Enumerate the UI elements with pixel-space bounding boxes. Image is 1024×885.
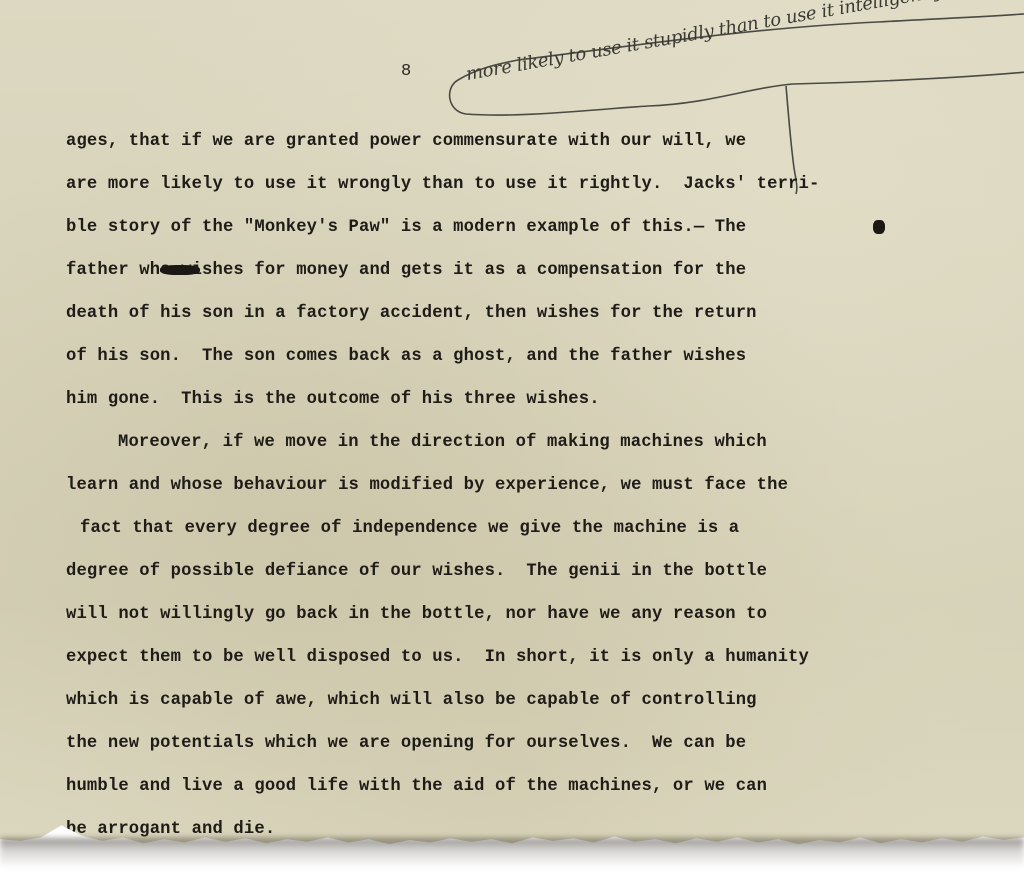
text-line: are more likely to use it wrongly than t… [66,171,819,214]
text-line: ages, that if we are granted power comme… [66,128,819,171]
ink-strikeout-mark [160,265,200,275]
torn-edge-shadow [0,838,1024,868]
text-line: him gone. This is the outcome of his thr… [66,386,819,429]
handwritten-annotation: more likely to use it stupidly than to u… [448,18,1024,128]
typewritten-page: 8 more likely to use it stupidly than to… [0,0,1024,858]
text-line: the new potentials which we are opening … [66,730,819,773]
body-text: ages, that if we are granted power comme… [66,128,819,859]
text-line: fact that every degree of independence w… [66,515,819,558]
ink-correction-mark [873,220,885,234]
page-number: 8 [401,62,411,81]
text-line: degree of possible defiance of our wishe… [66,558,819,601]
text-line: death of his son in a factory accident, … [66,300,819,343]
text-line: which is capable of awe, which will also… [66,687,819,730]
text-line: humble and live a good life with the aid… [66,773,819,816]
text-line-paragraph-start: Moreover, if we move in the direction of… [66,429,819,472]
text-line: learn and whose behaviour is modified by… [66,472,819,515]
text-line: father who wishes for money and gets it … [66,257,819,300]
text-line: will not willingly go back in the bottle… [66,601,819,644]
text-line: ble story of the "Monkey's Paw" is a mod… [66,214,819,257]
text-line: expect them to be well disposed to us. I… [66,644,819,687]
text-line: of his son. The son comes back as a ghos… [66,343,819,386]
